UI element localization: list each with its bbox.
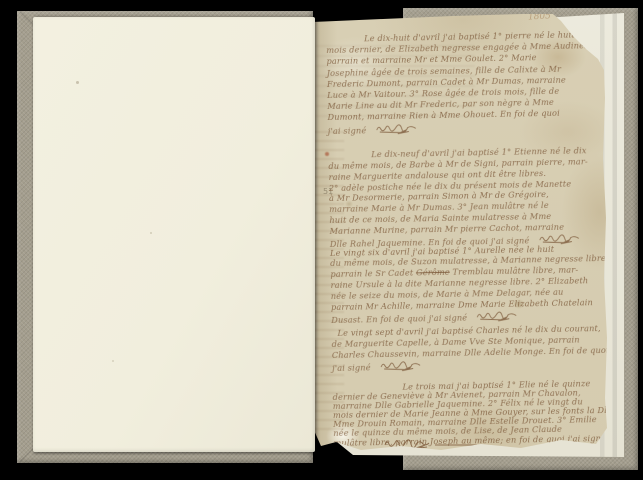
scanned-register-photo: 1805 51 Le dix-huit d'avril j'ai baptisé… xyxy=(0,0,643,480)
paper-speck xyxy=(112,360,114,362)
manuscript-text: Le dix-huit d'avril j'ai baptisé 1° pier… xyxy=(326,29,606,34)
struck-word: Gérôme xyxy=(416,267,450,278)
manuscript-paragraph: Le dix-huit d'avril j'ai baptisé 1° pier… xyxy=(326,29,608,135)
signature-flourish xyxy=(476,309,518,325)
paper-speck xyxy=(150,232,152,234)
paper-speck xyxy=(76,81,79,84)
blank-left-page xyxy=(33,17,315,452)
signature-flourish xyxy=(380,359,422,375)
signature-flourish xyxy=(375,122,417,138)
manuscript-page: 1805 51 Le dix-huit d'avril j'ai baptisé… xyxy=(313,12,609,460)
manuscript-paragraph: Le vingt sept d'avril j'ai baptisé Charl… xyxy=(331,323,612,372)
manuscript-paragraph: Le dix-neuf d'avril j'ai baptisé 1° Etie… xyxy=(328,145,611,324)
